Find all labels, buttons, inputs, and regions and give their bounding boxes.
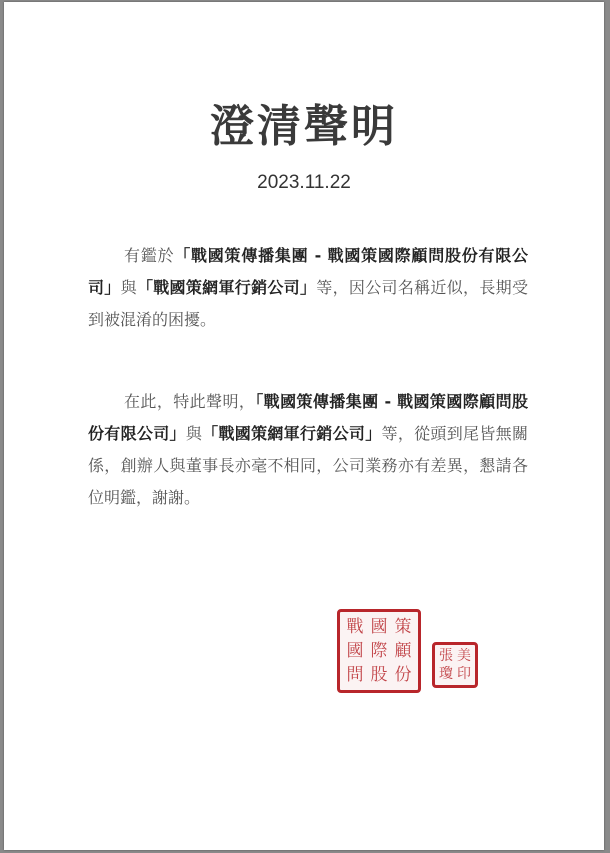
seal-char: 戰 — [344, 616, 366, 638]
seal-char: 際 — [368, 640, 390, 662]
seal-char: 張 — [437, 647, 455, 665]
paragraph-1: 有鑑於「戰國策傳播集團 - 戰國策國際顧問股份有限公司」與「戰國策網軍行銷公司」… — [88, 240, 528, 336]
document-title: 澄清聲明 — [4, 90, 604, 154]
seal-char: 國 — [368, 616, 390, 638]
seal-char: 國 — [344, 640, 366, 662]
seal-char: 份 — [392, 664, 414, 686]
seal-char: 印 — [455, 665, 473, 683]
company-seal-stamp: 戰 國 策 國 際 顧 問 股 份 — [337, 609, 421, 693]
personal-seal-stamp: 張 美 瓊 印 — [432, 642, 478, 688]
company-name-bold: 「戰國策網軍行銷公司」 — [137, 278, 316, 297]
seal-char: 問 — [344, 664, 366, 686]
paragraph-2: 在此，特此聲明，「戰國策傳播集團 - 戰國策國際顧問股份有限公司」與「戰國策網軍… — [88, 386, 528, 514]
company-name-bold: 「戰國策網軍行銷公司」 — [202, 424, 381, 443]
seal-char: 顧 — [392, 640, 414, 662]
text-segment: 與 — [121, 278, 137, 297]
seal-char: 瓊 — [437, 665, 455, 683]
text-segment: 在此，特此聲明， — [124, 392, 255, 411]
seal-char: 股 — [368, 664, 390, 686]
seal-char: 策 — [392, 616, 414, 638]
seal-char: 美 — [455, 647, 473, 665]
document-date: 2023.11.22 — [4, 172, 604, 194]
text-segment: 與 — [186, 424, 202, 443]
text-segment: 有鑑於 — [124, 246, 174, 265]
document-page: 澄清聲明 2023.11.22 有鑑於「戰國策傳播集團 - 戰國策國際顧問股份有… — [4, 2, 604, 850]
